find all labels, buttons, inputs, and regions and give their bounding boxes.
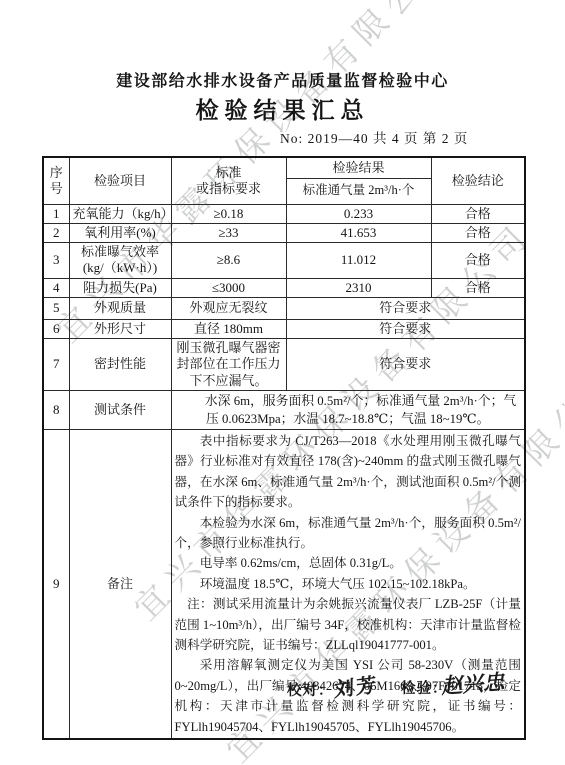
conclusion-cell: 合格 — [431, 204, 525, 223]
standard-cell: 刚玉微孔曝气器密封部位在工作压力下不应漏气。 — [171, 339, 286, 391]
document-content: 建设部给水排水设备产品质量监督检验中心 检验结果汇总 No: 2019—40 共… — [0, 0, 565, 765]
result-cell: 41.653 — [286, 223, 431, 242]
col-header-standard: 标准 或指标要求 — [171, 157, 286, 204]
merged-result-cell: 符合要求 — [286, 339, 525, 391]
page-number-line: No: 2019—40 共 4 页 第 2 页 — [280, 127, 468, 147]
standard-cell: ≥0.18 — [171, 204, 286, 223]
col-header-seq: 序 号 — [43, 157, 69, 204]
remark-paragraph: 本检验为水深 6m，标准通气量 2m³/h·个，服务面积 0.5m²/个，参照行… — [175, 513, 522, 554]
org-title: 建设部给水排水设备产品质量监督检验中心 — [0, 68, 565, 91]
table-row: 2 氧利用率(%) ≥33 41.653 合格 — [43, 223, 525, 242]
table-header-row: 序 号 检验项目 标准 或指标要求 检验结果 检验结论 — [43, 157, 525, 178]
conclusion-cell: 合格 — [431, 278, 525, 297]
row-no-cell: 6 — [43, 319, 69, 338]
document-page: 宜兴市华露环保设备有限公司 宜兴市华露环保设备有限公司 宜兴市华露环保设备有限公… — [0, 0, 565, 765]
row-no-cell: 2 — [43, 223, 69, 242]
col-header-result-sub: 标准通气量 2m³/h·个 — [286, 178, 431, 204]
page-title: 检验结果汇总 — [0, 92, 565, 125]
standard-cell: ≤3000 — [171, 278, 286, 297]
inspector-signature: 赵兴忠 — [440, 666, 508, 701]
remark-paragraph: 电导率 0.62ms/cm，总固体 0.31g/L。 — [175, 553, 522, 573]
item-cell: 充氧能力（kg/h） — [69, 204, 171, 223]
row-no-cell: 4 — [43, 278, 69, 297]
result-cell: 11.012 — [286, 243, 431, 279]
remark-paragraph: 环境温度 18.5℃，环境大气压 102.15~102.18kPa。 — [175, 574, 522, 594]
item-cell: 标准曝气效率 (kg/（kW·h）) — [69, 243, 171, 279]
item-cell: 测试条件 — [69, 390, 171, 429]
row-no-cell: 8 — [43, 390, 69, 429]
proofread-label: 校对： — [287, 679, 334, 700]
col-header-result-group: 检验结果 — [286, 157, 431, 178]
row-no-cell: 7 — [43, 339, 69, 391]
item-cell: 外形尺寸 — [69, 319, 171, 338]
standard-cell: ≥33 — [171, 223, 286, 242]
item-cell: 氧利用率(%) — [69, 223, 171, 242]
col-header-conclusion: 检验结论 — [431, 157, 525, 204]
table-row: 1 充氧能力（kg/h） ≥0.18 0.233 合格 — [43, 204, 525, 223]
table-row: 7 密封性能 刚玉微孔曝气器密封部位在工作压力下不应漏气。 符合要求 — [43, 339, 525, 391]
merged-result-cell: 符合要求 — [286, 297, 525, 319]
table-row: 4 阻力损失(Pa) ≤3000 2310 合格 — [43, 278, 525, 297]
result-cell: 2310 — [286, 278, 431, 297]
standard-cell: 直径 180mm — [171, 319, 286, 338]
proofread-signature: 刘芳 — [334, 668, 378, 703]
table-row: 8 测试条件 水深 6m，服务面积 0.5m²/个；标准通气量 2m³/h·个；… — [43, 390, 525, 429]
conclusion-cell: 合格 — [431, 243, 525, 279]
merged-result-cell: 符合要求 — [286, 319, 525, 338]
row-no-cell: 9 — [43, 430, 69, 739]
remark-paragraph: 注：测试采用流量计为余姚振兴流量仪表厂 LZB-25F（计量范围 1~10m³/… — [175, 594, 522, 655]
table-row: 5 外观质量 外观应无裂纹 符合要求 — [43, 297, 525, 319]
standard-cell: 外观应无裂纹 — [171, 297, 286, 319]
item-cell: 外观质量 — [69, 297, 171, 319]
col-header-item: 检验项目 — [69, 157, 171, 204]
remark-paragraph: 表中指标要求为 CJ/T263—2018《水处理用刚玉微孔曝气器》行业标准对有效… — [175, 431, 522, 513]
results-table: 序 号 检验项目 标准 或指标要求 检验结果 检验结论 标准通气量 2m³/h·… — [42, 156, 526, 740]
result-cell: 0.233 — [286, 204, 431, 223]
row-no-cell: 1 — [43, 204, 69, 223]
test-conditions-cell: 水深 6m，服务面积 0.5m²/个；标准通气量 2m³/h·个；气压 0.06… — [171, 390, 525, 429]
item-cell: 备注 — [69, 430, 171, 739]
item-cell: 阻力损失(Pa) — [69, 278, 171, 297]
row-no-cell: 5 — [43, 297, 69, 319]
row-no-cell: 3 — [43, 243, 69, 279]
standard-cell: ≥8.6 — [171, 243, 286, 279]
item-cell: 密封性能 — [69, 339, 171, 391]
conclusion-cell: 合格 — [431, 223, 525, 242]
table-row: 3 标准曝气效率 (kg/（kW·h）) ≥8.6 11.012 合格 — [43, 243, 525, 279]
table-row: 6 外形尺寸 直径 180mm 符合要求 — [43, 319, 525, 338]
